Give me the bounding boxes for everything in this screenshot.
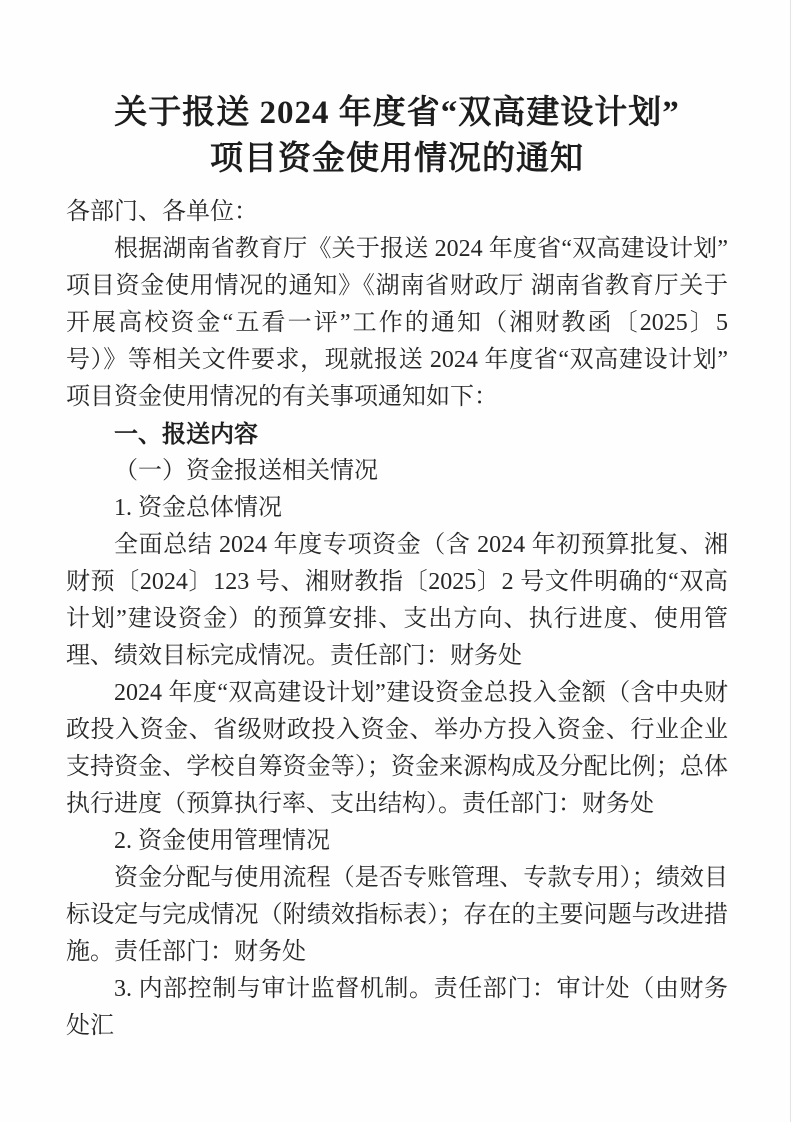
numbered-item-3: 3. 内部控制与审计监督机制。责任部门：审计处（由财务处汇 [66,971,728,1045]
document-title: 关于报送 2024 年度省“双高建设计划” 项目资金使用情况的通知 [66,90,728,182]
sub-heading-1: （一）资金报送相关情况 [66,453,728,490]
document-content: 关于报送 2024 年度省“双高建设计划” 项目资金使用情况的通知 各部门、各单… [66,90,728,1045]
document-title-line-1: 关于报送 2024 年度省“双高建设计划” [66,90,728,136]
scan-edge-artifact [790,0,791,1122]
paragraph-basis: 根据湖南省教育厅《关于报送 2024 年度省“双高建设计划”项目资金使用情况的通… [66,231,728,416]
paragraph-fund-overview: 全面总结 2024 年度专项资金（含 2024 年初预算批复、湘财预〔2024〕… [66,527,728,675]
numbered-item-2: 2. 资金使用管理情况 [66,823,728,860]
salutation: 各部门、各单位： [66,194,728,231]
document-body: 各部门、各单位： 根据湖南省教育厅《关于报送 2024 年度省“双高建设计划”项… [66,194,728,1045]
section-heading-1: 一、报送内容 [66,416,728,453]
document-title-line-2: 项目资金使用情况的通知 [66,136,728,182]
paragraph-fund-investment: 2024 年度“双高建设计划”建设资金总投入金额（含中央财政投入资金、省级财政投… [66,675,728,823]
scanned-notice-page: 关于报送 2024 年度省“双高建设计划” 项目资金使用情况的通知 各部门、各单… [0,0,793,1122]
paragraph-fund-usage: 资金分配与使用流程（是否专账管理、专款专用）；绩效目标设定与完成情况（附绩效指标… [66,860,728,971]
numbered-item-1: 1. 资金总体情况 [66,490,728,527]
